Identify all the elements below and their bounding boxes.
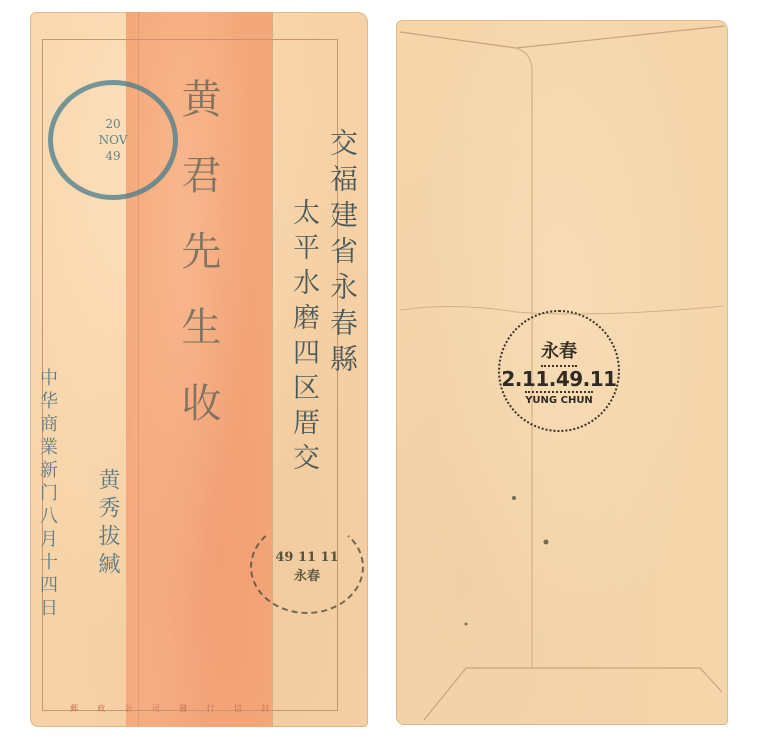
sender-address: 中华商業新门八月十四日 — [34, 368, 60, 621]
arrival-postmark-place: 永春 — [541, 337, 577, 367]
band-divider-right — [272, 12, 273, 727]
imprint-char: 發 — [179, 703, 188, 714]
imprint-char: 政 — [97, 703, 106, 714]
addressee-name: 黄君先生收 — [170, 78, 227, 458]
sender-name: 黄秀拔緘 — [92, 468, 123, 580]
arrival-postmark-date: 2.11.49.11 — [501, 367, 616, 391]
imprint-char: 信 — [234, 703, 243, 714]
address-line-2: 太平水磨四区厝交 — [284, 198, 323, 478]
transit-postmark-place: 永春 — [294, 565, 320, 584]
origin-postmark: 20 NOV 49 — [48, 80, 178, 200]
imprint-char: 司 — [152, 703, 161, 714]
arrival-postmark-romanized: YUNG CHUN — [525, 391, 593, 406]
imprint-char: 公 — [125, 703, 134, 714]
transit-postmark-date: 49 11 11 — [275, 550, 338, 565]
arrival-postmark: 永春 2.11.49.11 YUNG CHUN — [498, 310, 620, 432]
imprint-char: 行 — [206, 703, 215, 714]
imprint-char: 封 — [261, 703, 270, 714]
address-line-1: 交福建省永春縣 — [322, 128, 362, 380]
imprint-char: 郵 — [70, 703, 79, 714]
origin-postmark-line: NOV — [99, 132, 128, 148]
origin-postmark-line: 49 — [105, 148, 120, 164]
printer-imprint: 郵 政 公 司 發 行 信 封 — [70, 703, 270, 714]
transit-postmark: 49 11 11 永春 — [250, 520, 364, 614]
origin-postmark-line: 20 — [105, 116, 120, 132]
